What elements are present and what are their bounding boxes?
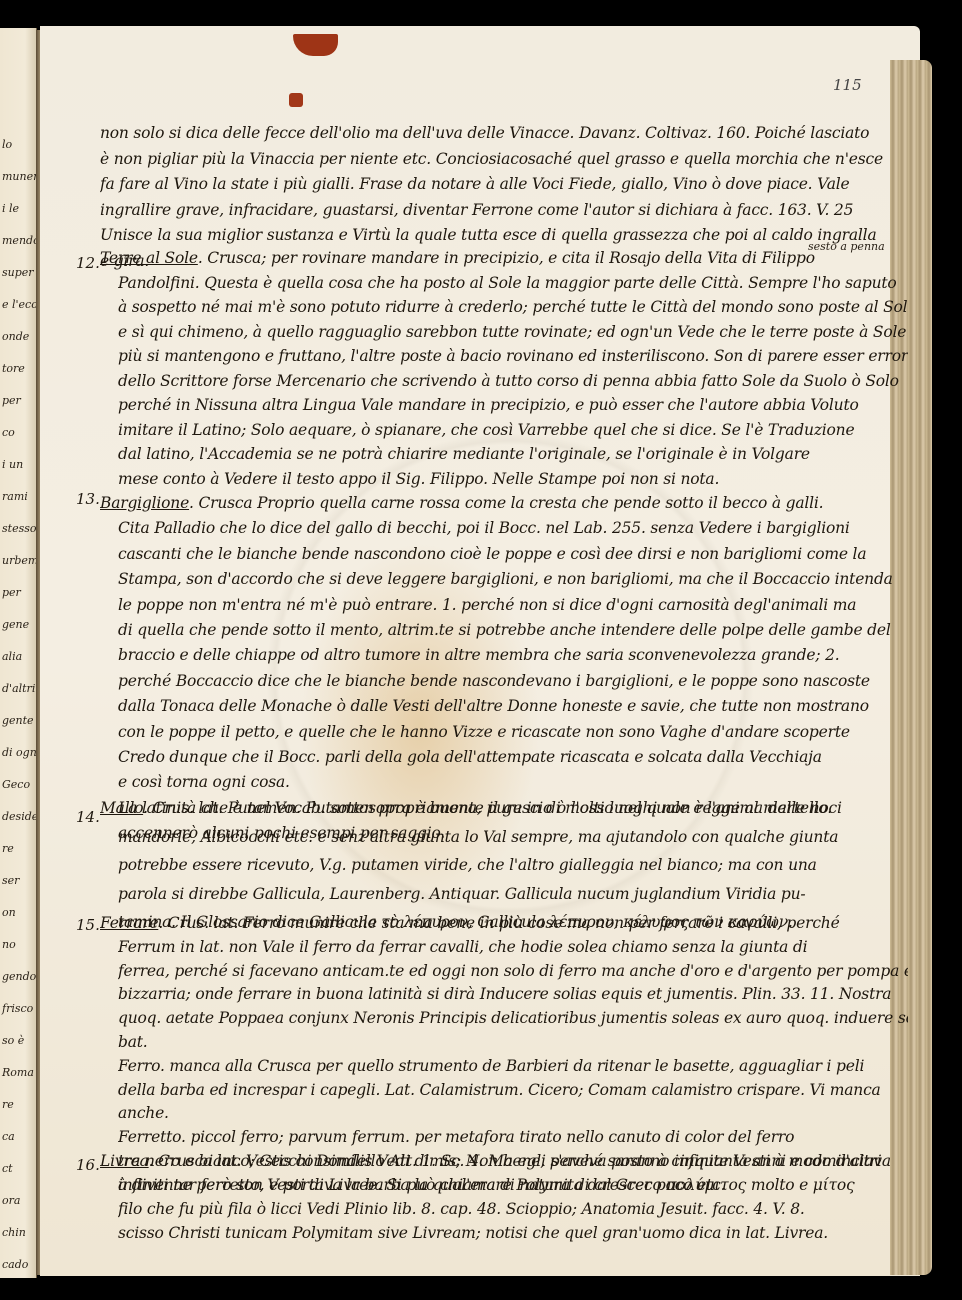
manuscript-line: Cita Palladio che lo dice del gallo di b…: [118, 519, 908, 537]
previous-page-text-fragment: re: [2, 842, 14, 855]
previous-page-text-fragment: tore: [2, 362, 25, 375]
manuscript-line: infiniti ne però son Vesti di Livree. Si…: [118, 1176, 908, 1194]
manuscript-line: non solo si dica delle fecce dell'olio m…: [100, 124, 890, 142]
entry-headword: Mallo: [100, 799, 143, 817]
previous-page-text-fragment: no: [2, 938, 16, 951]
previous-page-text-fragment: gente: [2, 714, 34, 727]
previous-page-text-fragment: cado: [2, 1258, 28, 1271]
manuscript-line: Livrea. Crusca lat. Vestis consimilis Ve…: [100, 1152, 890, 1170]
manuscript-line: potrebbe essere ricevuto, V.g. putamen v…: [118, 856, 908, 874]
entry-number: 16.: [76, 1156, 100, 1174]
manuscript-line: bizzarria; onde ferrare in buona latinit…: [118, 985, 908, 1003]
manuscript-line: perché Boccaccio dice che le bianche ben…: [118, 672, 908, 690]
previous-page-text-fragment: gene: [2, 618, 29, 631]
entry-number: 15.: [76, 916, 100, 934]
previous-page-text-fragment: super: [2, 266, 34, 279]
entry-headword: Bargiglione: [100, 494, 189, 512]
manuscript-line: imitare il Latino; Solo aequare, ò spian…: [118, 421, 908, 439]
manuscript-line: Ferretto. piccol ferro; parvum ferrum. p…: [118, 1128, 908, 1146]
wax-seal-fragment-small: [289, 93, 303, 107]
entry-headword: Ferrare: [100, 914, 158, 932]
previous-page-text-fragment: so è: [2, 1034, 24, 1047]
previous-page-text-fragment: re: [2, 1098, 14, 1111]
previous-page-text-fragment: e l'eco: [2, 298, 38, 311]
previous-page-text-fragment: rami: [2, 490, 28, 503]
previous-page-text-fragment: ca: [2, 1130, 15, 1143]
manuscript-line: e sì qui chimeno, à quello ragguaglio sa…: [118, 323, 908, 341]
manuscript-line: Bargiglione. Crusca Proprio quella carne…: [100, 494, 890, 512]
manuscript-line: le poppe non m'entra né m'è può entrare.…: [118, 596, 908, 614]
manuscript-line: parola si direbbe Gallicula, Laurenberg.…: [118, 885, 908, 903]
manuscript-line: anche.: [118, 1104, 908, 1122]
manuscript-line: braccio e delle chiappe od altro tumore …: [118, 646, 908, 664]
manuscript-line: ferrea, perché si facevano anticam.te ed…: [118, 962, 908, 980]
manuscript-line: con le poppe il petto, e quelle che le h…: [118, 723, 908, 741]
previous-page-text-fragment: alia: [2, 650, 22, 663]
manuscript-line: scisso Christi tunicam Polymitam sive Li…: [118, 1224, 908, 1242]
manuscript-line: cascanti che le bianche bende nascondono…: [118, 545, 908, 563]
entry-headword: Terre al Sole: [100, 249, 198, 267]
manuscript-line: di quella che pende sotto il mento, altr…: [118, 621, 908, 639]
previous-page-text-fragment: per: [2, 586, 21, 599]
manuscript-line: mandorle, Albicocchi etc. e senz'altra g…: [118, 828, 908, 846]
manuscript-line: più si mantengono e fruttano, l'altre po…: [118, 347, 908, 365]
manuscript-line: è non pigliar più la Vinaccia per niente…: [100, 150, 890, 168]
previous-page-text-fragment: ct: [2, 1162, 13, 1175]
manuscript-line: ingrallire grave, infracidare, guastarsi…: [100, 201, 890, 219]
previous-page-text-fragment: per: [2, 394, 21, 407]
previous-page-text-fragment: i le: [2, 202, 19, 215]
previous-page-edge: lomunerati lemendosupere l'ecoondetorepe…: [0, 28, 37, 1278]
previous-page-text-fragment: co: [2, 426, 15, 439]
manuscript-line: Unisce la sua miglior sustanza e Virtù l…: [100, 226, 890, 244]
previous-page-text-fragment: i un: [2, 458, 23, 471]
entry-number: 13.: [76, 490, 100, 508]
folio-number: 115: [833, 76, 862, 94]
previous-page-text-fragment: onde: [2, 330, 29, 343]
previous-page-text-fragment: ora: [2, 1194, 20, 1207]
manuscript-line: Credo dunque che il Bocc. parli della go…: [118, 748, 908, 766]
entry-headword: Livrea: [100, 1152, 149, 1170]
previous-page-text-fragment: Roma: [2, 1066, 34, 1079]
entry-number: 14.: [76, 808, 100, 826]
manuscript-line: mese conto à Vedere il testo appo il Sig…: [118, 470, 908, 488]
manuscript-line: Stampa, son d'accordo che si deve legger…: [118, 570, 908, 588]
previous-page-text-fragment: di ogni: [2, 746, 40, 759]
manuscript-line: Ferrum in lat. non Vale il ferro da ferr…: [118, 938, 908, 956]
previous-page-text-fragment: ser: [2, 874, 19, 887]
manuscript-line: della barba ed increspar i capegli. Lat.…: [118, 1081, 908, 1099]
previous-page-text-fragment: d'altri: [2, 682, 35, 695]
manuscript-line: e così torna ogni cosa.: [118, 773, 908, 791]
manuscript-line: quoq. aetate Poppaea conjunx Neronis Pri…: [118, 1009, 908, 1027]
manuscript-line: Ferrare. Crus. lat. Ferro munire che sta…: [100, 914, 890, 932]
previous-page-text-fragment: Geco: [2, 778, 30, 791]
previous-page-text-fragment: frisco: [2, 1002, 33, 1015]
manuscript-line: perché in Nissuna altra Lingua Vale mand…: [118, 396, 908, 414]
manuscript-line: Pandolfini. Questa è quella cosa che ha …: [118, 274, 908, 292]
manuscript-line: Ferro. manca alla Crusca per quello stru…: [118, 1057, 908, 1075]
manuscript-line: à sospetto né mai m'è sono potuto ridurr…: [118, 298, 908, 316]
previous-page-text-fragment: mendo: [2, 234, 40, 247]
manuscript-line: filo che fu più fila ò licci Vedi Plinio…: [118, 1200, 908, 1218]
manuscript-line: dalla Tonaca delle Monache ò dalle Vesti…: [118, 697, 908, 715]
manuscript-line: fa fare al Vino la state i più gialli. F…: [100, 175, 890, 193]
manuscript-line: dal latino, l'Accademia se ne potrà chia…: [118, 445, 908, 463]
manuscript-line: Terre al Sole. Crusca; per rovinare mand…: [100, 249, 890, 267]
entry-number: 12.: [76, 254, 100, 272]
previous-page-text-fragment: gendo: [2, 970, 36, 983]
previous-page-text-fragment: lo: [2, 138, 12, 151]
manuscript-line: Mallo. Crus. lat. Putamen. Putamen propr…: [100, 799, 890, 817]
previous-page-text-fragment: chin: [2, 1226, 26, 1239]
previous-page-text-fragment: on: [2, 906, 16, 919]
manuscript-line: bat.: [118, 1033, 908, 1051]
manuscript-line: dello Scrittore forse Mercenario che scr…: [118, 372, 908, 390]
previous-page-text-fragment: stesso: [2, 522, 37, 535]
